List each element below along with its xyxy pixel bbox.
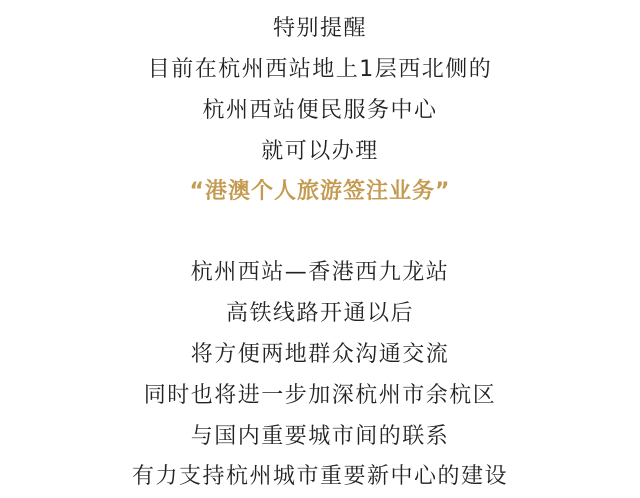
text-line: 杭州西站便民服务中心 [0, 96, 640, 126]
text-line: 同时也将进一步加深杭州市余杭区 [0, 381, 640, 411]
article-page: 特别提醒 目前在杭州西站地上1层西北侧的 杭州西站便民服务中心 就可以办理 “港… [0, 0, 640, 498]
highlight-service-name: “港澳个人旅游签注业务” [0, 177, 640, 207]
text-line: 有力支持杭州城市重要新中心的建设 [0, 462, 640, 492]
text-line: 杭州西站—香港西九龙站 [0, 258, 640, 288]
text-line: 目前在杭州西站地上1层西北侧的 [0, 55, 640, 85]
text-line: 就可以办理 [0, 137, 640, 167]
text-line: 将方便两地群众沟通交流 [0, 340, 640, 370]
text-line: 与国内重要城市间的联系 [0, 422, 640, 452]
notice-title: 特别提醒 [0, 14, 640, 44]
text-line: 高铁线路开通以后 [0, 299, 640, 329]
